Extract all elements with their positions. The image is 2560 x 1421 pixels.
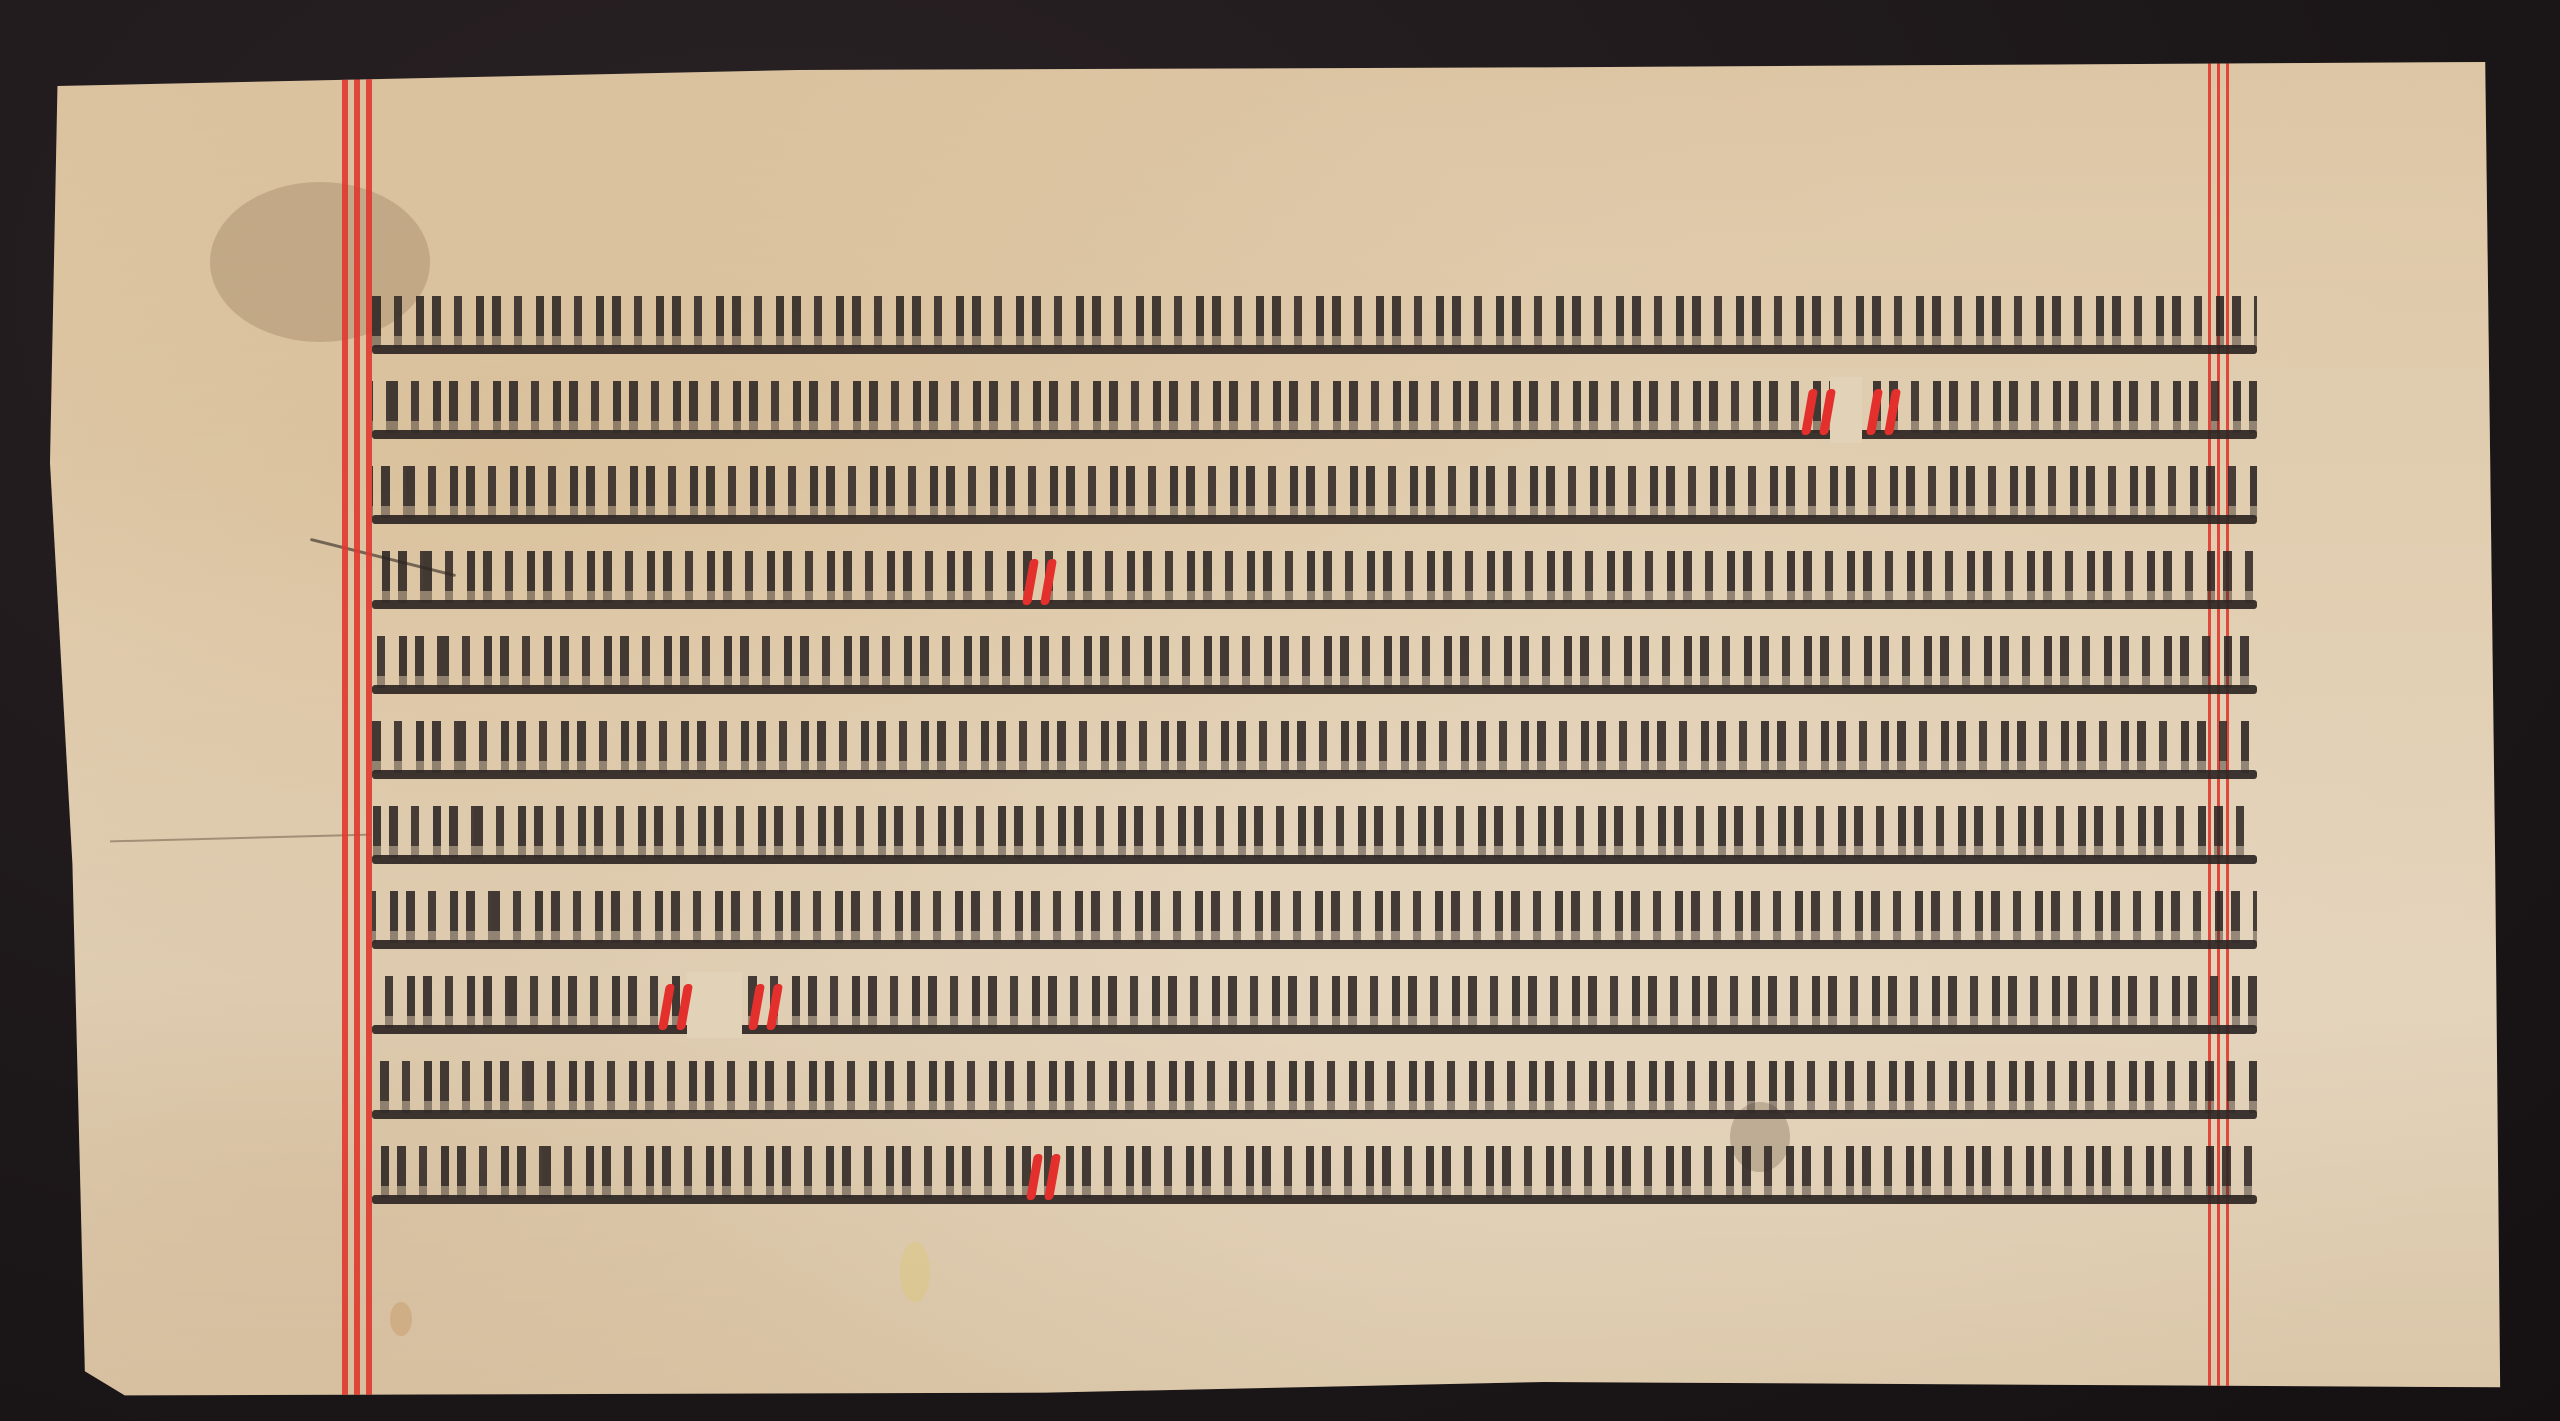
paper-fold: [110, 834, 370, 843]
script-headline: [372, 515, 2257, 524]
manuscript-line: [372, 1057, 2257, 1127]
script-glyphs: [372, 891, 2257, 943]
script-glyphs: [372, 976, 2257, 1028]
manuscript-line: [372, 802, 2257, 872]
line-gap: [1830, 377, 1862, 443]
manuscript-line: [372, 972, 2257, 1042]
script-headline: [372, 940, 2257, 949]
ruling-line: [354, 62, 360, 1398]
script-headline: [372, 430, 2257, 439]
script-headline: [372, 770, 2257, 779]
script-glyphs: [372, 721, 2257, 773]
script-headline: [372, 1110, 2257, 1119]
script-headline: [372, 600, 2257, 609]
manuscript-folio: [50, 62, 2540, 1398]
manuscript-line: [372, 632, 2257, 702]
script-glyphs: [372, 1146, 2257, 1198]
ruling-line: [342, 62, 348, 1398]
script-headline: [372, 1195, 2257, 1204]
manuscript-text-block: [372, 292, 2257, 1252]
script-glyphs: [372, 1061, 2257, 1113]
manuscript-line: [372, 887, 2257, 957]
manuscript-line: [372, 292, 2257, 362]
manuscript-line: [372, 462, 2257, 532]
manuscript-line: [372, 377, 2257, 447]
manuscript-line: [372, 1142, 2257, 1212]
script-glyphs: [372, 806, 2257, 858]
script-glyphs: [372, 296, 2257, 348]
script-glyphs: [372, 551, 2257, 603]
script-headline: [372, 1025, 2257, 1034]
script-glyphs: [372, 381, 2257, 433]
left-margin-ruling: [342, 62, 372, 1398]
line-gap: [687, 972, 742, 1038]
script-headline: [372, 685, 2257, 694]
script-headline: [372, 345, 2257, 354]
script-headline: [372, 855, 2257, 864]
paper-stain: [390, 1302, 412, 1336]
script-glyphs: [372, 466, 2257, 518]
manuscript-line: [372, 717, 2257, 787]
manuscript-line: [372, 547, 2257, 617]
script-glyphs: [372, 636, 2257, 688]
